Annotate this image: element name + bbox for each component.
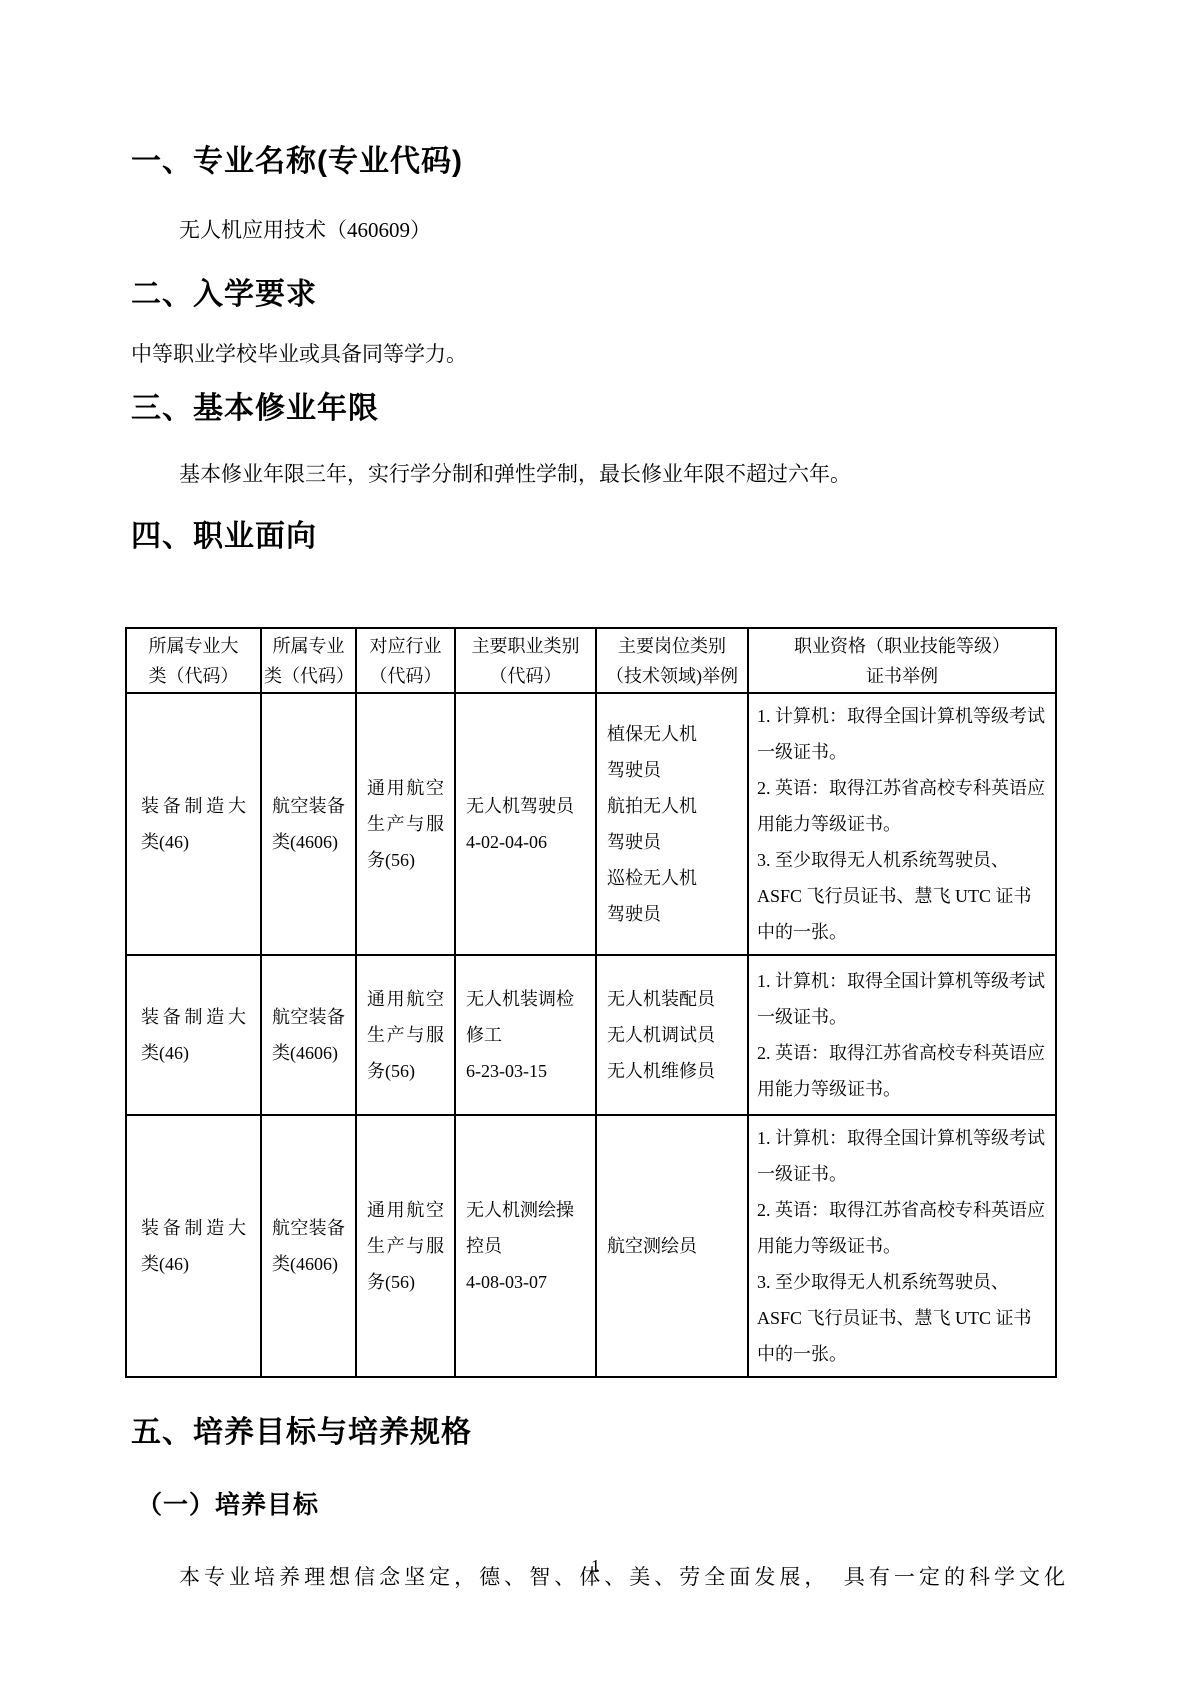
page-number: 1 (0, 1556, 1191, 1577)
table-cell: 1. 计算机：取得全国计算机等级考试一级证书。 2. 英语：取得江苏省高校专科英… (748, 693, 1056, 955)
table-cell: 航空装备类(4606) (261, 693, 356, 955)
table-header-cell: 主要岗位类别 （技术领域)举例 (596, 628, 748, 693)
section-heading-training-objectives: 五、培养目标与培养规格 (131, 1413, 1065, 1453)
table-cell: 无人机测绘操控员 4-08-03-07 (455, 1115, 596, 1377)
table-cell: 装备制造大类(46) (126, 955, 261, 1115)
career-orientation-table: 所属专业大 类（代码） 所属专业 类（代码） 对应行业 （代码） 主要职业类别 … (125, 627, 1057, 1378)
major-name-paragraph: 无人机应用技术（460609） (131, 215, 1065, 245)
table-cell: 航空装备类(4606) (261, 1115, 356, 1377)
table-cell: 通用航空生产与服务(56) (356, 955, 455, 1115)
table-header-row: 所属专业大 类（代码） 所属专业 类（代码） 对应行业 （代码） 主要职业类别 … (126, 628, 1056, 693)
table-header-cell: 职业资格（职业技能等级） 证书举例 (748, 628, 1056, 693)
section-heading-major-name: 一、专业名称(专业代码) (131, 142, 1065, 182)
table-row: 装备制造大类(46) 航空装备类(4606) 通用航空生产与服务(56) 无人机… (126, 693, 1056, 955)
table-cell: 1. 计算机：取得全国计算机等级考试一级证书。 2. 英语：取得江苏省高校专科英… (748, 1115, 1056, 1377)
table-cell: 植保无人机 驾驶员 航拍无人机 驾驶员 巡检无人机 驾驶员 (596, 693, 748, 955)
document-page: 一、专业名称(专业代码) 无人机应用技术（460609） 二、入学要求 中等职业… (0, 0, 1191, 1684)
table-cell: 无人机装调检修工 6-23-03-15 (455, 955, 596, 1115)
table-cell: 1. 计算机：取得全国计算机等级考试一级证书。 2. 英语：取得江苏省高校专科英… (748, 955, 1056, 1115)
sub-heading-training-objective: （一）培养目标 (137, 1488, 1065, 1522)
table-cell: 通用航空生产与服务(56) (356, 693, 455, 955)
page-content: 一、专业名称(专业代码) 无人机应用技术（460609） 二、入学要求 中等职业… (131, 142, 1065, 1592)
section-heading-admission: 二、入学要求 (131, 275, 1065, 315)
table-row: 装备制造大类(46) 航空装备类(4606) 通用航空生产与服务(56) 无人机… (126, 955, 1056, 1115)
table-cell: 无人机装配员 无人机调试员 无人机维修员 (596, 955, 748, 1115)
table-header-cell: 所属专业 类（代码） (261, 628, 356, 693)
section-heading-career-orientation: 四、职业面向 (131, 517, 1065, 557)
section-heading-study-years: 三、基本修业年限 (131, 389, 1065, 429)
table-cell: 无人机驾驶员 4-02-04-06 (455, 693, 596, 955)
study-years-paragraph: 基本修业年限三年，实行学分制和弹性学制，最长修业年限不超过六年。 (131, 459, 1065, 489)
table-header-cell: 对应行业 （代码） (356, 628, 455, 693)
admission-paragraph: 中等职业学校毕业或具备同等学力。 (131, 339, 1065, 369)
table-cell: 航空装备类(4606) (261, 955, 356, 1115)
table-header-cell: 所属专业大 类（代码） (126, 628, 261, 693)
table-header-cell: 主要职业类别 （代码） (455, 628, 596, 693)
table-cell: 装备制造大类(46) (126, 693, 261, 955)
table-row: 装备制造大类(46) 航空装备类(4606) 通用航空生产与服务(56) 无人机… (126, 1115, 1056, 1377)
table-cell: 通用航空生产与服务(56) (356, 1115, 455, 1377)
table-cell: 装备制造大类(46) (126, 1115, 261, 1377)
table-cell: 航空测绘员 (596, 1115, 748, 1377)
